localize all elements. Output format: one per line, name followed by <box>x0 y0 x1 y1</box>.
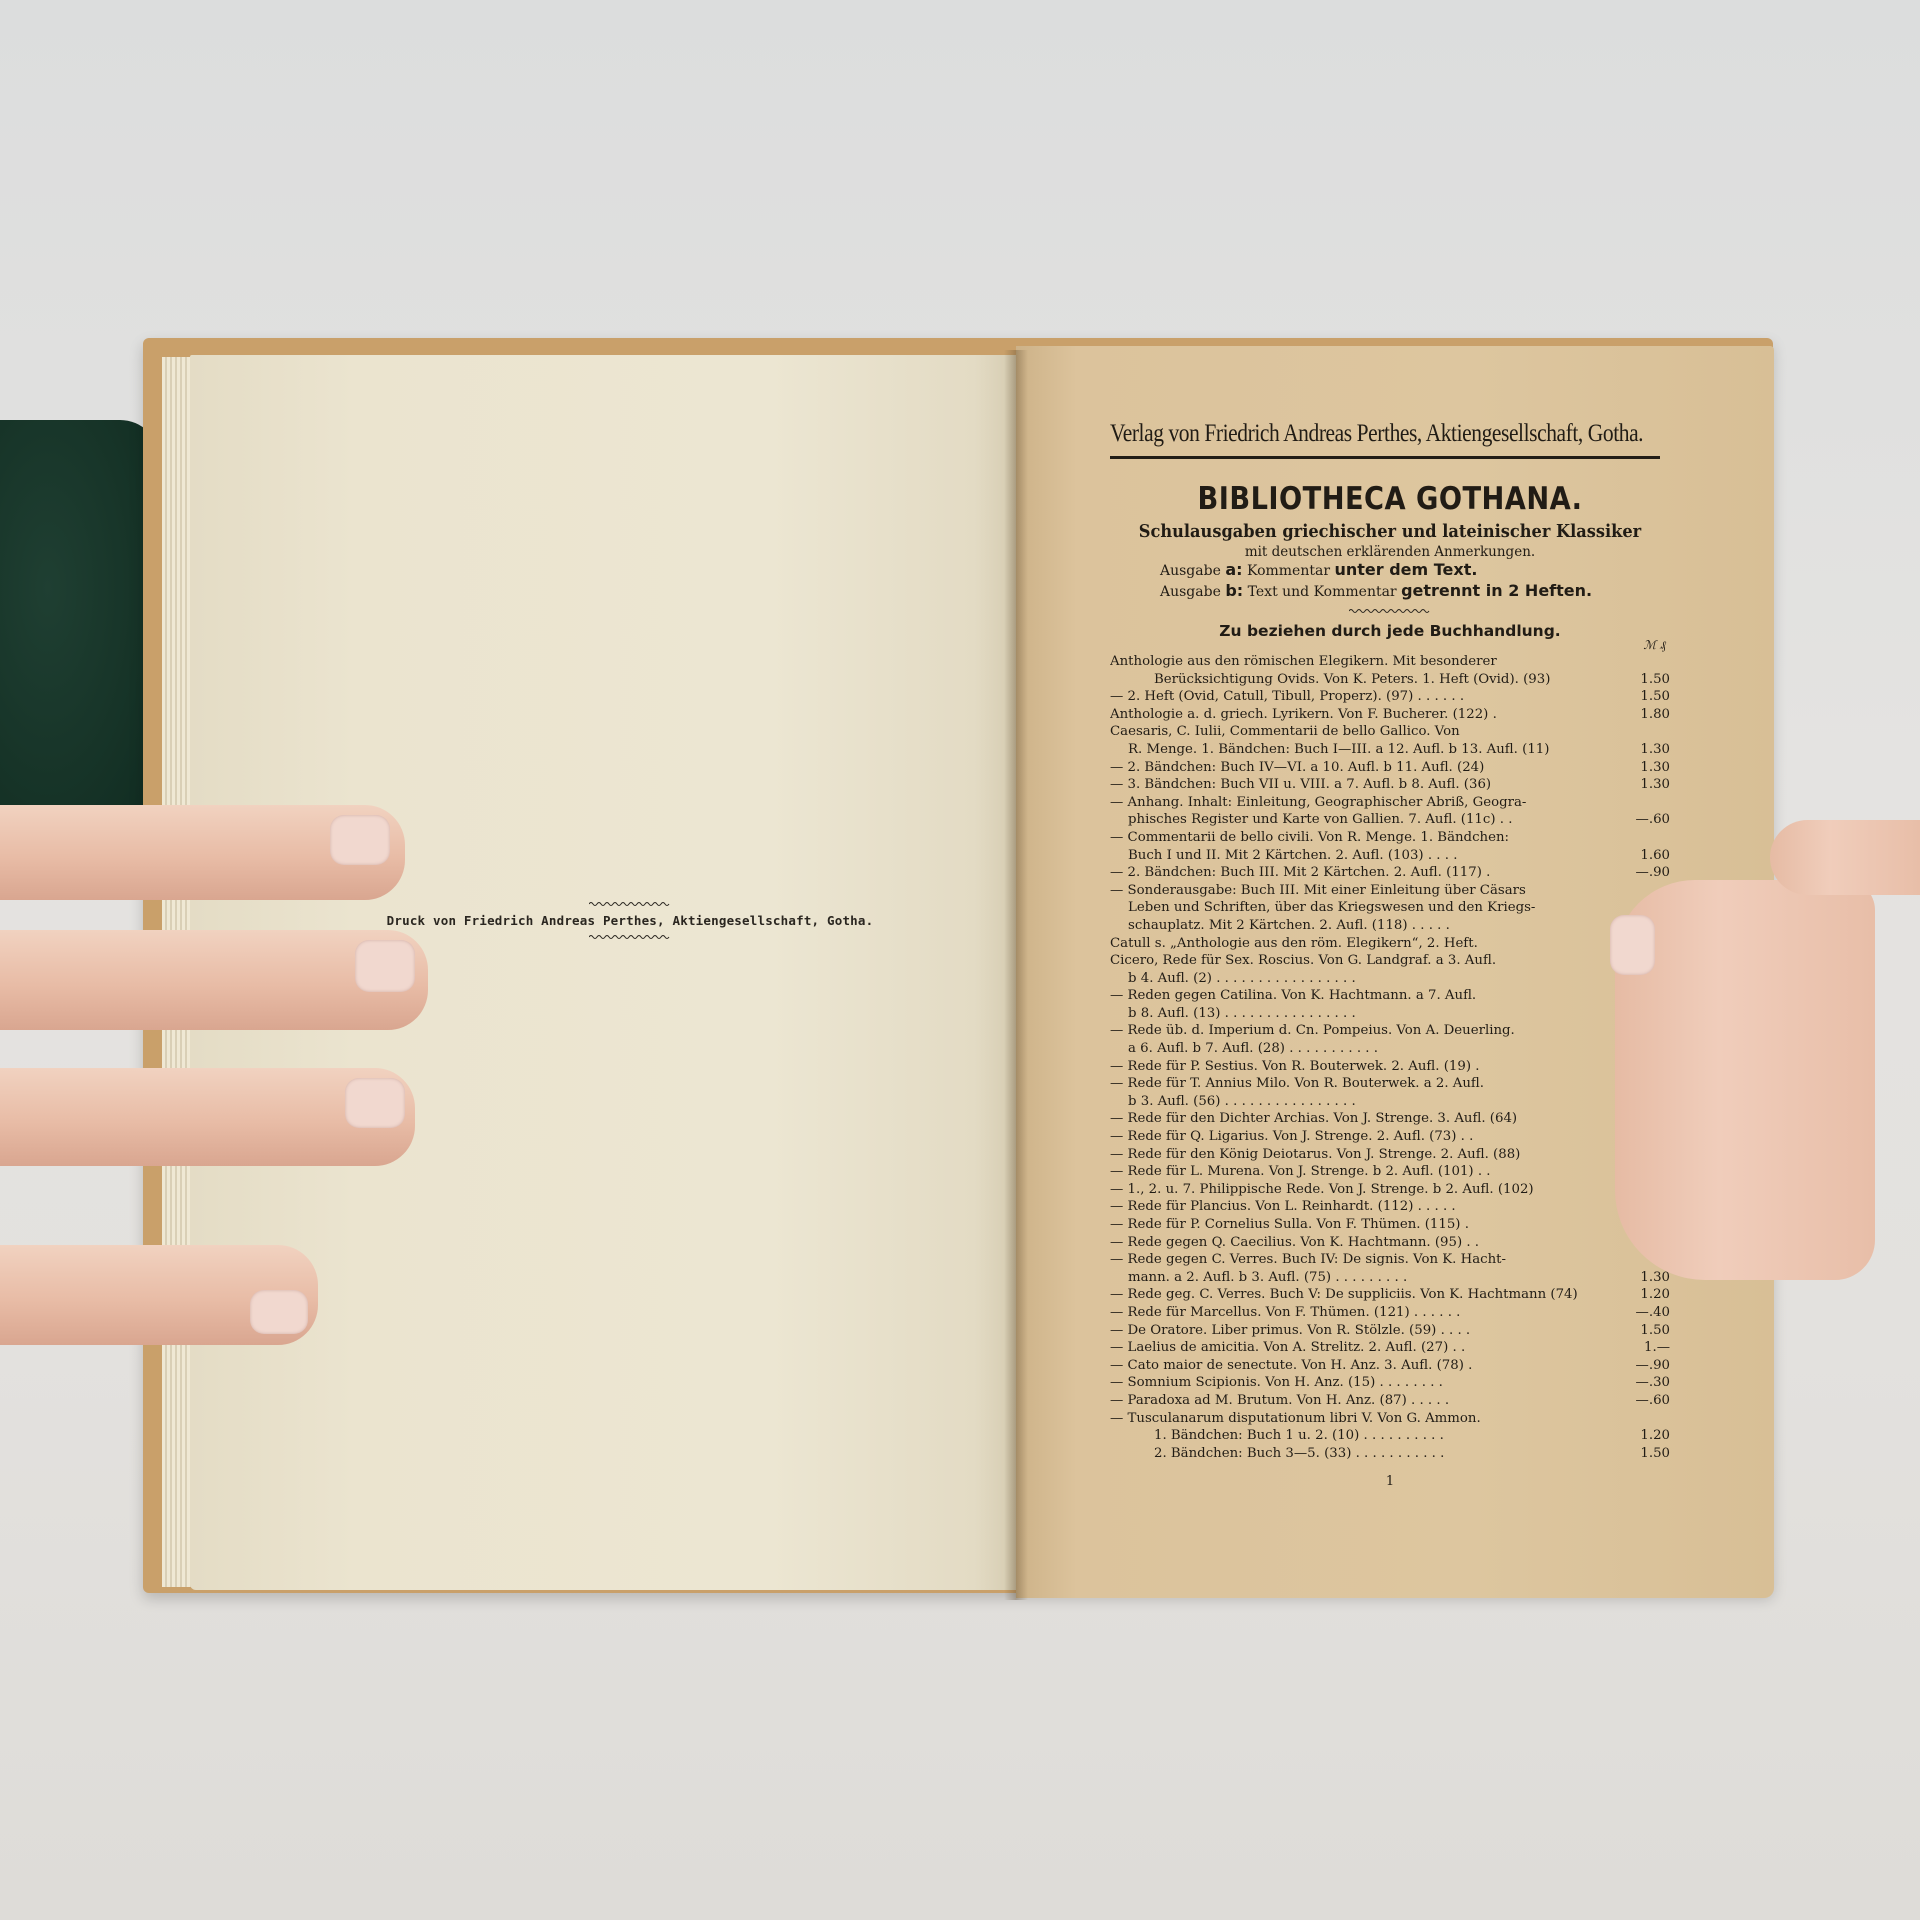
entry-text: — Somnium Scipionis. Von H. Anz. (15) . … <box>1110 1374 1618 1392</box>
page-number: 1 <box>1110 1474 1670 1489</box>
catalogue-entry: — Rede für L. Murena. Von J. Strenge. b … <box>1110 1163 1670 1181</box>
catalogue-entry: b 3. Aufl. (56) . . . . . . . . . . . . … <box>1110 1093 1670 1111</box>
entry-text: R. Menge. 1. Bändchen: Buch I—III. a 12.… <box>1128 741 1618 759</box>
entry-text: 1. Bändchen: Buch 1 u. 2. (10) . . . . .… <box>1154 1427 1618 1445</box>
catalogue-entry: mann. a 2. Aufl. b 3. Aufl. (75) . . . .… <box>1110 1269 1670 1287</box>
ornament-squiggle-icon <box>589 901 671 907</box>
catalogue-entry: — Reden gegen Catilina. Von K. Hachtmann… <box>1110 987 1670 1005</box>
entry-text: — 2. Bändchen: Buch IV—VI. a 10. Aufl. b… <box>1110 759 1618 777</box>
catalogue-entry: schauplatz. Mit 2 Kärtchen. 2. Aufl. (11… <box>1110 917 1670 935</box>
entry-price: —.60 <box>1618 1392 1670 1410</box>
entry-text: 2. Bändchen: Buch 3—5. (33) . . . . . . … <box>1154 1445 1618 1463</box>
catalogue-entry: — Laelius de amicitia. Von A. Strelitz. … <box>1110 1339 1670 1357</box>
entry-price: 1.20 <box>1618 1286 1670 1304</box>
fingernail <box>250 1290 308 1334</box>
catalogue-entry: — Rede für P. Sestius. Von R. Bouterwek.… <box>1110 1058 1670 1076</box>
entry-price: 1.30 <box>1618 759 1670 777</box>
catalogue-entry: R. Menge. 1. Bändchen: Buch I—III. a 12.… <box>1110 741 1670 759</box>
entry-text: — Sonderausgabe: Buch III. Mit einer Ein… <box>1110 882 1618 900</box>
catalogue-entry: — Rede geg. C. Verres. Buch V: De suppli… <box>1110 1286 1670 1304</box>
catalogue-entry: Cicero, Rede für Sex. Roscius. Von G. La… <box>1110 952 1670 970</box>
catalogue-entry: Buch I und II. Mit 2 Kärtchen. 2. Aufl. … <box>1110 847 1670 865</box>
entry-price: 1.30 <box>1618 741 1670 759</box>
entry-text: — Rede für P. Sestius. Von R. Bouterwek.… <box>1110 1058 1618 1076</box>
catalogue-entry: Leben und Schriften, über das Kriegswese… <box>1110 899 1670 917</box>
entry-text: — 2. Heft (Ovid, Catull, Tibull, Properz… <box>1110 688 1618 706</box>
catalogue-entry: — Anhang. Inhalt: Einleitung, Geographis… <box>1110 794 1670 812</box>
imprint-text: Druck von Friedrich Andreas Perthes, Akt… <box>387 913 874 928</box>
entry-text: — Cato maior de senectute. Von H. Anz. 3… <box>1110 1357 1618 1375</box>
fingernail <box>355 940 415 992</box>
entry-price: 1.60 <box>1618 847 1670 865</box>
catalogue-entry: Catull s. „Anthologie aus den röm. Elegi… <box>1110 935 1670 953</box>
catalogue-entry: — Rede für Q. Ligarius. Von J. Strenge. … <box>1110 1128 1670 1146</box>
entry-text: Catull s. „Anthologie aus den röm. Elegi… <box>1110 935 1618 953</box>
entry-text: — Anhang. Inhalt: Einleitung, Geographis… <box>1110 794 1618 812</box>
entry-text: — Rede für Plancius. Von L. Reinhardt. (… <box>1110 1198 1618 1216</box>
catalogue-entry: — 2. Bändchen: Buch IV—VI. a 10. Aufl. b… <box>1110 759 1670 777</box>
green-sleeve <box>0 420 160 840</box>
entry-text: Leben und Schriften, über das Kriegswese… <box>1128 899 1618 917</box>
entry-price: 1.50 <box>1618 1445 1670 1463</box>
catalogue-entry: — Sonderausgabe: Buch III. Mit einer Ein… <box>1110 882 1670 900</box>
page-title: BIBLIOTHECA GOTHANA. <box>1144 481 1637 517</box>
entry-price <box>1618 653 1670 671</box>
entry-text: — De Oratore. Liber primus. Von R. Stölz… <box>1110 1322 1618 1340</box>
entry-text: — 3. Bändchen: Buch VII u. VIII. a 7. Au… <box>1110 776 1618 794</box>
catalogue-entry: — Rede gegen Q. Caecilius. Von K. Hachtm… <box>1110 1234 1670 1252</box>
entry-text: Anthologie aus den römischen Elegikern. … <box>1110 653 1618 671</box>
entry-text: Anthologie a. d. griech. Lyrikern. Von F… <box>1110 706 1618 724</box>
header-rule <box>1110 456 1660 459</box>
catalogue-entry: — Rede gegen C. Verres. Buch IV: De sign… <box>1110 1251 1670 1269</box>
entry-text: — Tusculanarum disputationum libri V. Vo… <box>1110 1410 1618 1428</box>
entry-price: —.40 <box>1618 1304 1670 1322</box>
entry-price: —.60 <box>1618 811 1670 829</box>
entry-price: —.30 <box>1618 1374 1670 1392</box>
edition-b: Ausgabe b: Text und Kommentar getrennt i… <box>1160 581 1670 602</box>
entry-text: Berücksichtigung Ovids. Von K. Peters. 1… <box>1154 671 1618 689</box>
catalogue-entry: a 6. Aufl. b 7. Aufl. (28) . . . . . . .… <box>1110 1040 1670 1058</box>
entry-text: — Rede für P. Cornelius Sulla. Von F. Th… <box>1110 1216 1618 1234</box>
entry-text: Buch I und II. Mit 2 Kärtchen. 2. Aufl. … <box>1128 847 1618 865</box>
entry-price: 1.— <box>1618 1339 1670 1357</box>
entry-text: mann. a 2. Aufl. b 3. Aufl. (75) . . . .… <box>1128 1269 1618 1287</box>
catalogue-entry: b 8. Aufl. (13) . . . . . . . . . . . . … <box>1110 1005 1670 1023</box>
entry-price: —.90 <box>1618 864 1670 882</box>
catalogue-entry: — 1., 2. u. 7. Philippische Rede. Von J.… <box>1110 1181 1670 1199</box>
entry-price: 1.20 <box>1618 1427 1670 1445</box>
entry-price <box>1618 794 1670 812</box>
entry-text: — Commentarii de bello civili. Von R. Me… <box>1110 829 1618 847</box>
entry-text: Caesaris, C. Iulii, Commentarii de bello… <box>1110 723 1618 741</box>
catalogue-entry: — Rede üb. d. Imperium d. Cn. Pompeius. … <box>1110 1022 1670 1040</box>
fingernail <box>1610 915 1655 975</box>
subtitle: Schulausgaben griechischer und lateinisc… <box>1138 521 1642 542</box>
entry-text: schauplatz. Mit 2 Kärtchen. 2. Aufl. (11… <box>1128 917 1618 935</box>
entry-text: b 8. Aufl. (13) . . . . . . . . . . . . … <box>1128 1005 1618 1023</box>
catalogue-entry: — Somnium Scipionis. Von H. Anz. (15) . … <box>1110 1374 1670 1392</box>
catalogue-entry: 2. Bändchen: Buch 3—5. (33) . . . . . . … <box>1110 1445 1670 1463</box>
entry-text: — Rede für L. Murena. Von J. Strenge. b … <box>1110 1163 1618 1181</box>
printer-imprint: Druck von Friedrich Andreas Perthes, Akt… <box>380 895 880 946</box>
catalogue-entry: — Tusculanarum disputationum libri V. Vo… <box>1110 1410 1670 1428</box>
catalogue-entry: — Rede für Marcellus. Von F. Thümen. (12… <box>1110 1304 1670 1322</box>
edition-a: Ausgabe a: Kommentar unter dem Text. <box>1160 560 1670 581</box>
entry-text: a 6. Aufl. b 7. Aufl. (28) . . . . . . .… <box>1128 1040 1618 1058</box>
catalogue-entry: phisches Register und Karte von Gallien.… <box>1110 811 1670 829</box>
entry-text: — Laelius de amicitia. Von A. Strelitz. … <box>1110 1339 1618 1357</box>
entry-text: phisches Register und Karte von Gallien.… <box>1128 811 1618 829</box>
entry-text: — Rede gegen Q. Caecilius. Von K. Hachtm… <box>1110 1234 1618 1252</box>
catalogue-entry: Anthologie a. d. griech. Lyrikern. Von F… <box>1110 706 1670 724</box>
entry-text: — 1., 2. u. 7. Philippische Rede. Von J.… <box>1110 1181 1618 1199</box>
entry-text: b 4. Aufl. (2) . . . . . . . . . . . . .… <box>1128 970 1618 988</box>
catalogue-entry: — Rede für T. Annius Milo. Von R. Bouter… <box>1110 1075 1670 1093</box>
catalogue-entry: — Rede für den Dichter Archias. Von J. S… <box>1110 1110 1670 1128</box>
entry-text: — Rede üb. d. Imperium d. Cn. Pompeius. … <box>1110 1022 1618 1040</box>
entry-price: 1.50 <box>1618 1322 1670 1340</box>
catalogue-entry: Caesaris, C. Iulii, Commentarii de bello… <box>1110 723 1670 741</box>
entry-text: — Rede für Marcellus. Von F. Thümen. (12… <box>1110 1304 1618 1322</box>
catalogue-entry: — Commentarii de bello civili. Von R. Me… <box>1110 829 1670 847</box>
entry-text: — Rede geg. C. Verres. Buch V: De suppli… <box>1110 1286 1618 1304</box>
catalogue-entry: — De Oratore. Liber primus. Von R. Stölz… <box>1110 1322 1670 1340</box>
entry-text: — Rede für Q. Ligarius. Von J. Strenge. … <box>1110 1128 1618 1146</box>
catalogue-list: Anthologie aus den römischen Elegikern. … <box>1110 653 1670 1462</box>
entry-price: —.90 <box>1618 1357 1670 1375</box>
catalogue-entry: 1. Bändchen: Buch 1 u. 2. (10) . . . . .… <box>1110 1427 1670 1445</box>
ornament-squiggle-icon <box>589 934 671 940</box>
entry-price <box>1618 723 1670 741</box>
entry-text: — Reden gegen Catilina. Von K. Hachtmann… <box>1110 987 1618 1005</box>
entry-price: 1.80 <box>1618 706 1670 724</box>
catalogue-entry: Anthologie aus den römischen Elegikern. … <box>1110 653 1670 671</box>
entry-price: 1.30 <box>1618 1269 1670 1287</box>
right-hand-finger <box>1770 820 1920 895</box>
catalogue-entry: — Rede für P. Cornelius Sulla. Von F. Th… <box>1110 1216 1670 1234</box>
entry-price <box>1618 1410 1670 1428</box>
entry-price <box>1618 829 1670 847</box>
entry-price: 1.30 <box>1618 776 1670 794</box>
catalogue-entry: — 2. Bändchen: Buch III. Mit 2 Kärtchen.… <box>1110 864 1670 882</box>
fingernail <box>345 1078 405 1128</box>
catalogue-entry: — Cato maior de senectute. Von H. Anz. 3… <box>1110 1357 1670 1375</box>
publisher-header: Verlag von Friedrich Andreas Perthes, Ak… <box>1110 420 1660 454</box>
entry-text: — Paradoxa ad M. Brutum. Von H. Anz. (87… <box>1110 1392 1618 1410</box>
catalogue-page: Verlag von Friedrich Andreas Perthes, Ak… <box>1110 420 1670 1489</box>
entry-text: b 3. Aufl. (56) . . . . . . . . . . . . … <box>1128 1093 1618 1111</box>
book-spine <box>1004 350 1028 1600</box>
entry-price: 1.50 <box>1618 671 1670 689</box>
entry-price: 1.50 <box>1618 688 1670 706</box>
catalogue-entry: — 2. Heft (Ovid, Catull, Tibull, Properz… <box>1110 688 1670 706</box>
entry-text: — 2. Bändchen: Buch III. Mit 2 Kärtchen.… <box>1110 864 1618 882</box>
subsubtitle: mit deutschen erklärenden Anmerkungen. <box>1110 544 1670 560</box>
entry-text: — Rede gegen C. Verres. Buch IV: De sign… <box>1110 1251 1618 1269</box>
fingernail <box>330 815 390 865</box>
entry-text: — Rede für den König Deiotarus. Von J. S… <box>1110 1146 1618 1164</box>
catalogue-entry: — Rede für Plancius. Von L. Reinhardt. (… <box>1110 1198 1670 1216</box>
currency-header: ℳ ₰ <box>1110 638 1666 653</box>
ornament-squiggle-icon <box>1349 608 1431 614</box>
entry-text: — Rede für T. Annius Milo. Von R. Bouter… <box>1110 1075 1618 1093</box>
catalogue-entry: b 4. Aufl. (2) . . . . . . . . . . . . .… <box>1110 970 1670 988</box>
catalogue-entry: — 3. Bändchen: Buch VII u. VIII. a 7. Au… <box>1110 776 1670 794</box>
catalogue-entry: Berücksichtigung Ovids. Von K. Peters. 1… <box>1110 671 1670 689</box>
catalogue-entry: — Rede für den König Deiotarus. Von J. S… <box>1110 1146 1670 1164</box>
entry-text: — Rede für den Dichter Archias. Von J. S… <box>1110 1110 1618 1128</box>
entry-text: Cicero, Rede für Sex. Roscius. Von G. La… <box>1110 952 1618 970</box>
catalogue-entry: — Paradoxa ad M. Brutum. Von H. Anz. (87… <box>1110 1392 1670 1410</box>
